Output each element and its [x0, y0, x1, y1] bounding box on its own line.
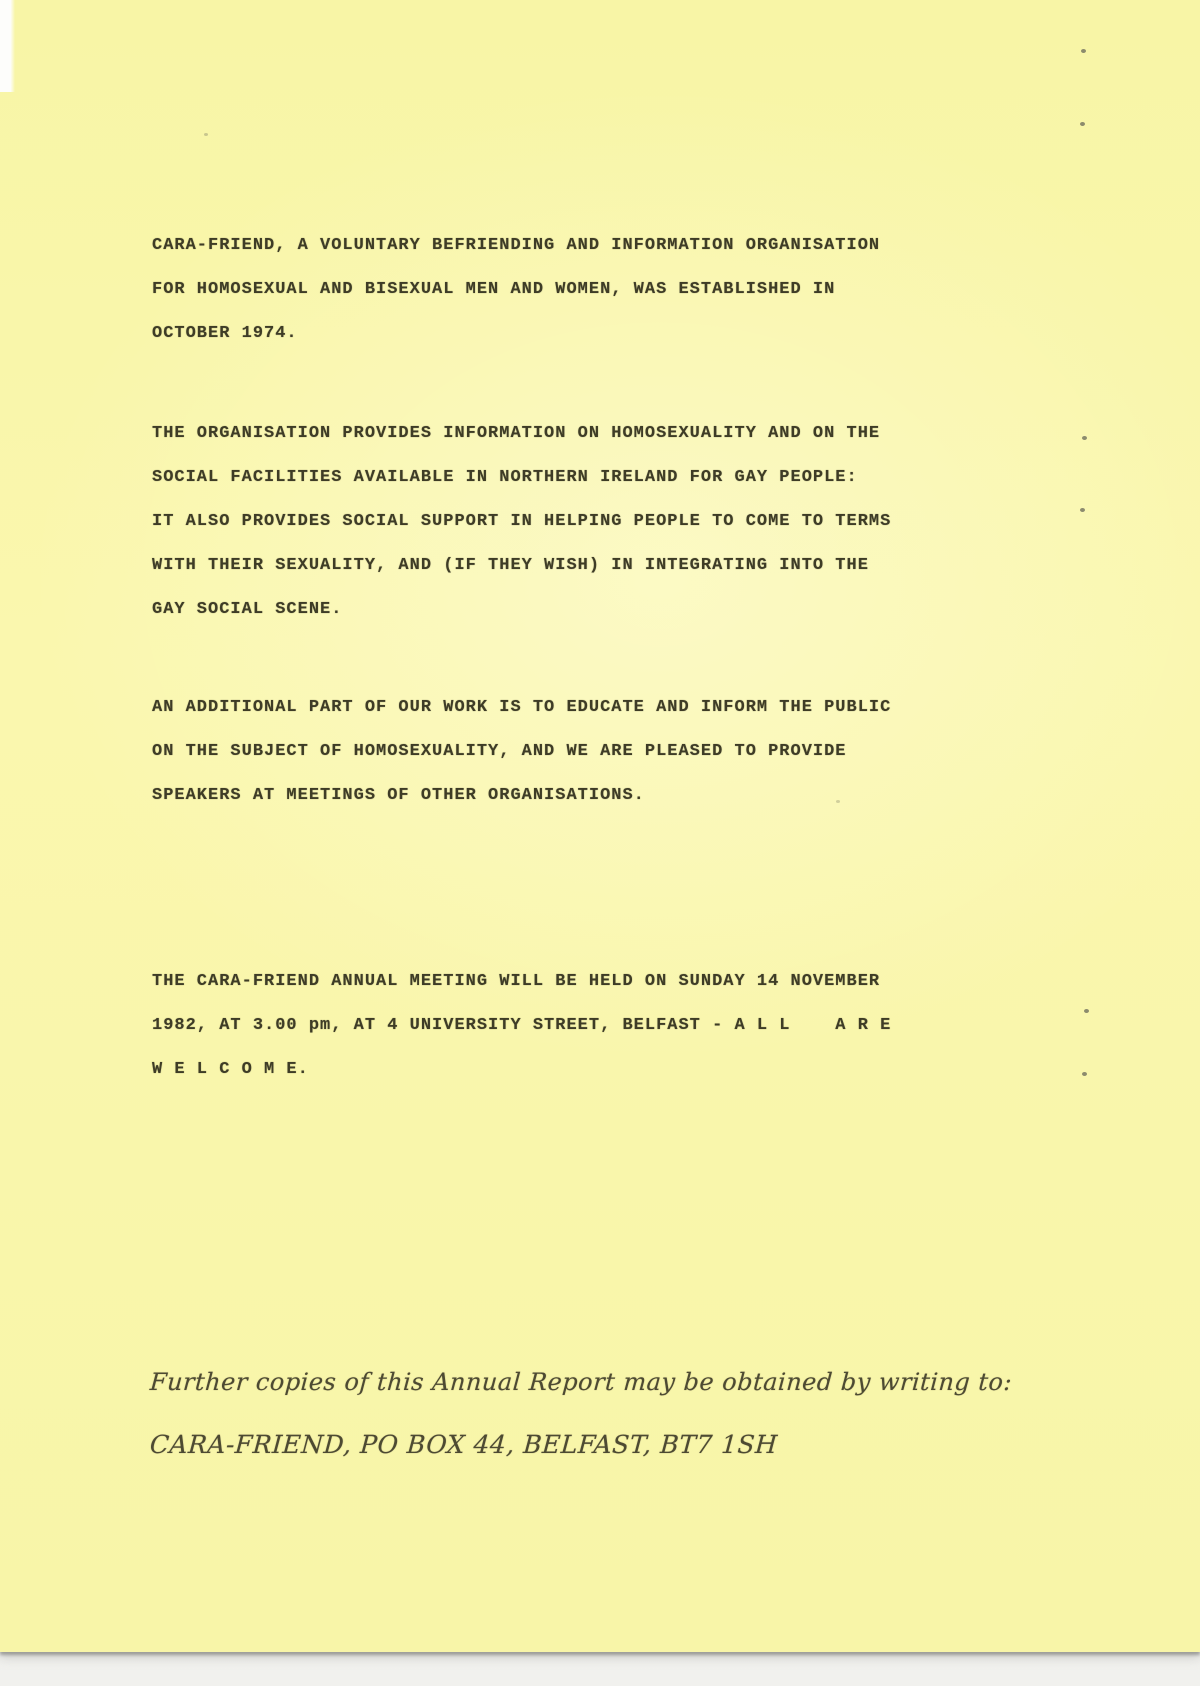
- scan-speck: [1080, 122, 1085, 126]
- scan-speck: [1082, 436, 1087, 440]
- scanned-document: CARA-FRIEND, A VOLUNTARY BEFRIENDING AND…: [0, 0, 1200, 1686]
- typed-paragraph: CARA-FRIEND, A VOLUNTARY BEFRIENDING AND…: [152, 224, 972, 356]
- typed-line: AN ADDITIONAL PART OF OUR WORK IS TO EDU…: [152, 686, 972, 730]
- typed-line: FOR HOMOSEXUAL AND BISEXUAL MEN AND WOME…: [152, 268, 972, 312]
- typed-line: IT ALSO PROVIDES SOCIAL SUPPORT IN HELPI…: [152, 500, 972, 544]
- typed-line: WITH THEIR SEXUALITY, AND (IF THEY WISH)…: [152, 544, 972, 588]
- page-corner-artifact: [0, 0, 15, 92]
- typed-line: SPEAKERS AT MEETINGS OF OTHER ORGANISATI…: [152, 774, 972, 818]
- typed-line: THE CARA-FRIEND ANNUAL MEETING WILL BE H…: [152, 960, 972, 1004]
- handwritten-address-line: CARA-FRIEND, PO BOX 44, BELFAST, BT7 1SH: [149, 1430, 1051, 1459]
- typed-line: 1982, AT 3.00 pm, AT 4 UNIVERSITY STREET…: [152, 1004, 972, 1048]
- scan-speck: [836, 800, 840, 803]
- typed-line: GAY SOCIAL SCENE.: [152, 588, 972, 632]
- typed-line: ON THE SUBJECT OF HOMOSEXUALITY, AND WE …: [152, 730, 972, 774]
- typed-line: W E L C O M E.: [152, 1048, 972, 1092]
- scan-speck: [1081, 49, 1086, 53]
- typed-paragraph: AN ADDITIONAL PART OF OUR WORK IS TO EDU…: [152, 686, 972, 818]
- typed-line: THE ORGANISATION PROVIDES INFORMATION ON…: [152, 412, 972, 456]
- scan-speck: [1084, 1009, 1089, 1013]
- scan-speck: [1082, 1072, 1087, 1076]
- typed-line: CARA-FRIEND, A VOLUNTARY BEFRIENDING AND…: [152, 224, 972, 268]
- handwritten-note-line: Further copies of this Annual Report may…: [149, 1368, 1051, 1396]
- scan-speck: [204, 133, 208, 136]
- typed-line: SOCIAL FACILITIES AVAILABLE IN NORTHERN …: [152, 456, 972, 500]
- scan-speck: [1080, 508, 1085, 512]
- typed-line: OCTOBER 1974.: [152, 312, 972, 356]
- typed-paragraph: THE ORGANISATION PROVIDES INFORMATION ON…: [152, 412, 972, 632]
- typed-paragraph: THE CARA-FRIEND ANNUAL MEETING WILL BE H…: [152, 960, 972, 1092]
- paper-sheet: CARA-FRIEND, A VOLUNTARY BEFRIENDING AND…: [0, 0, 1200, 1652]
